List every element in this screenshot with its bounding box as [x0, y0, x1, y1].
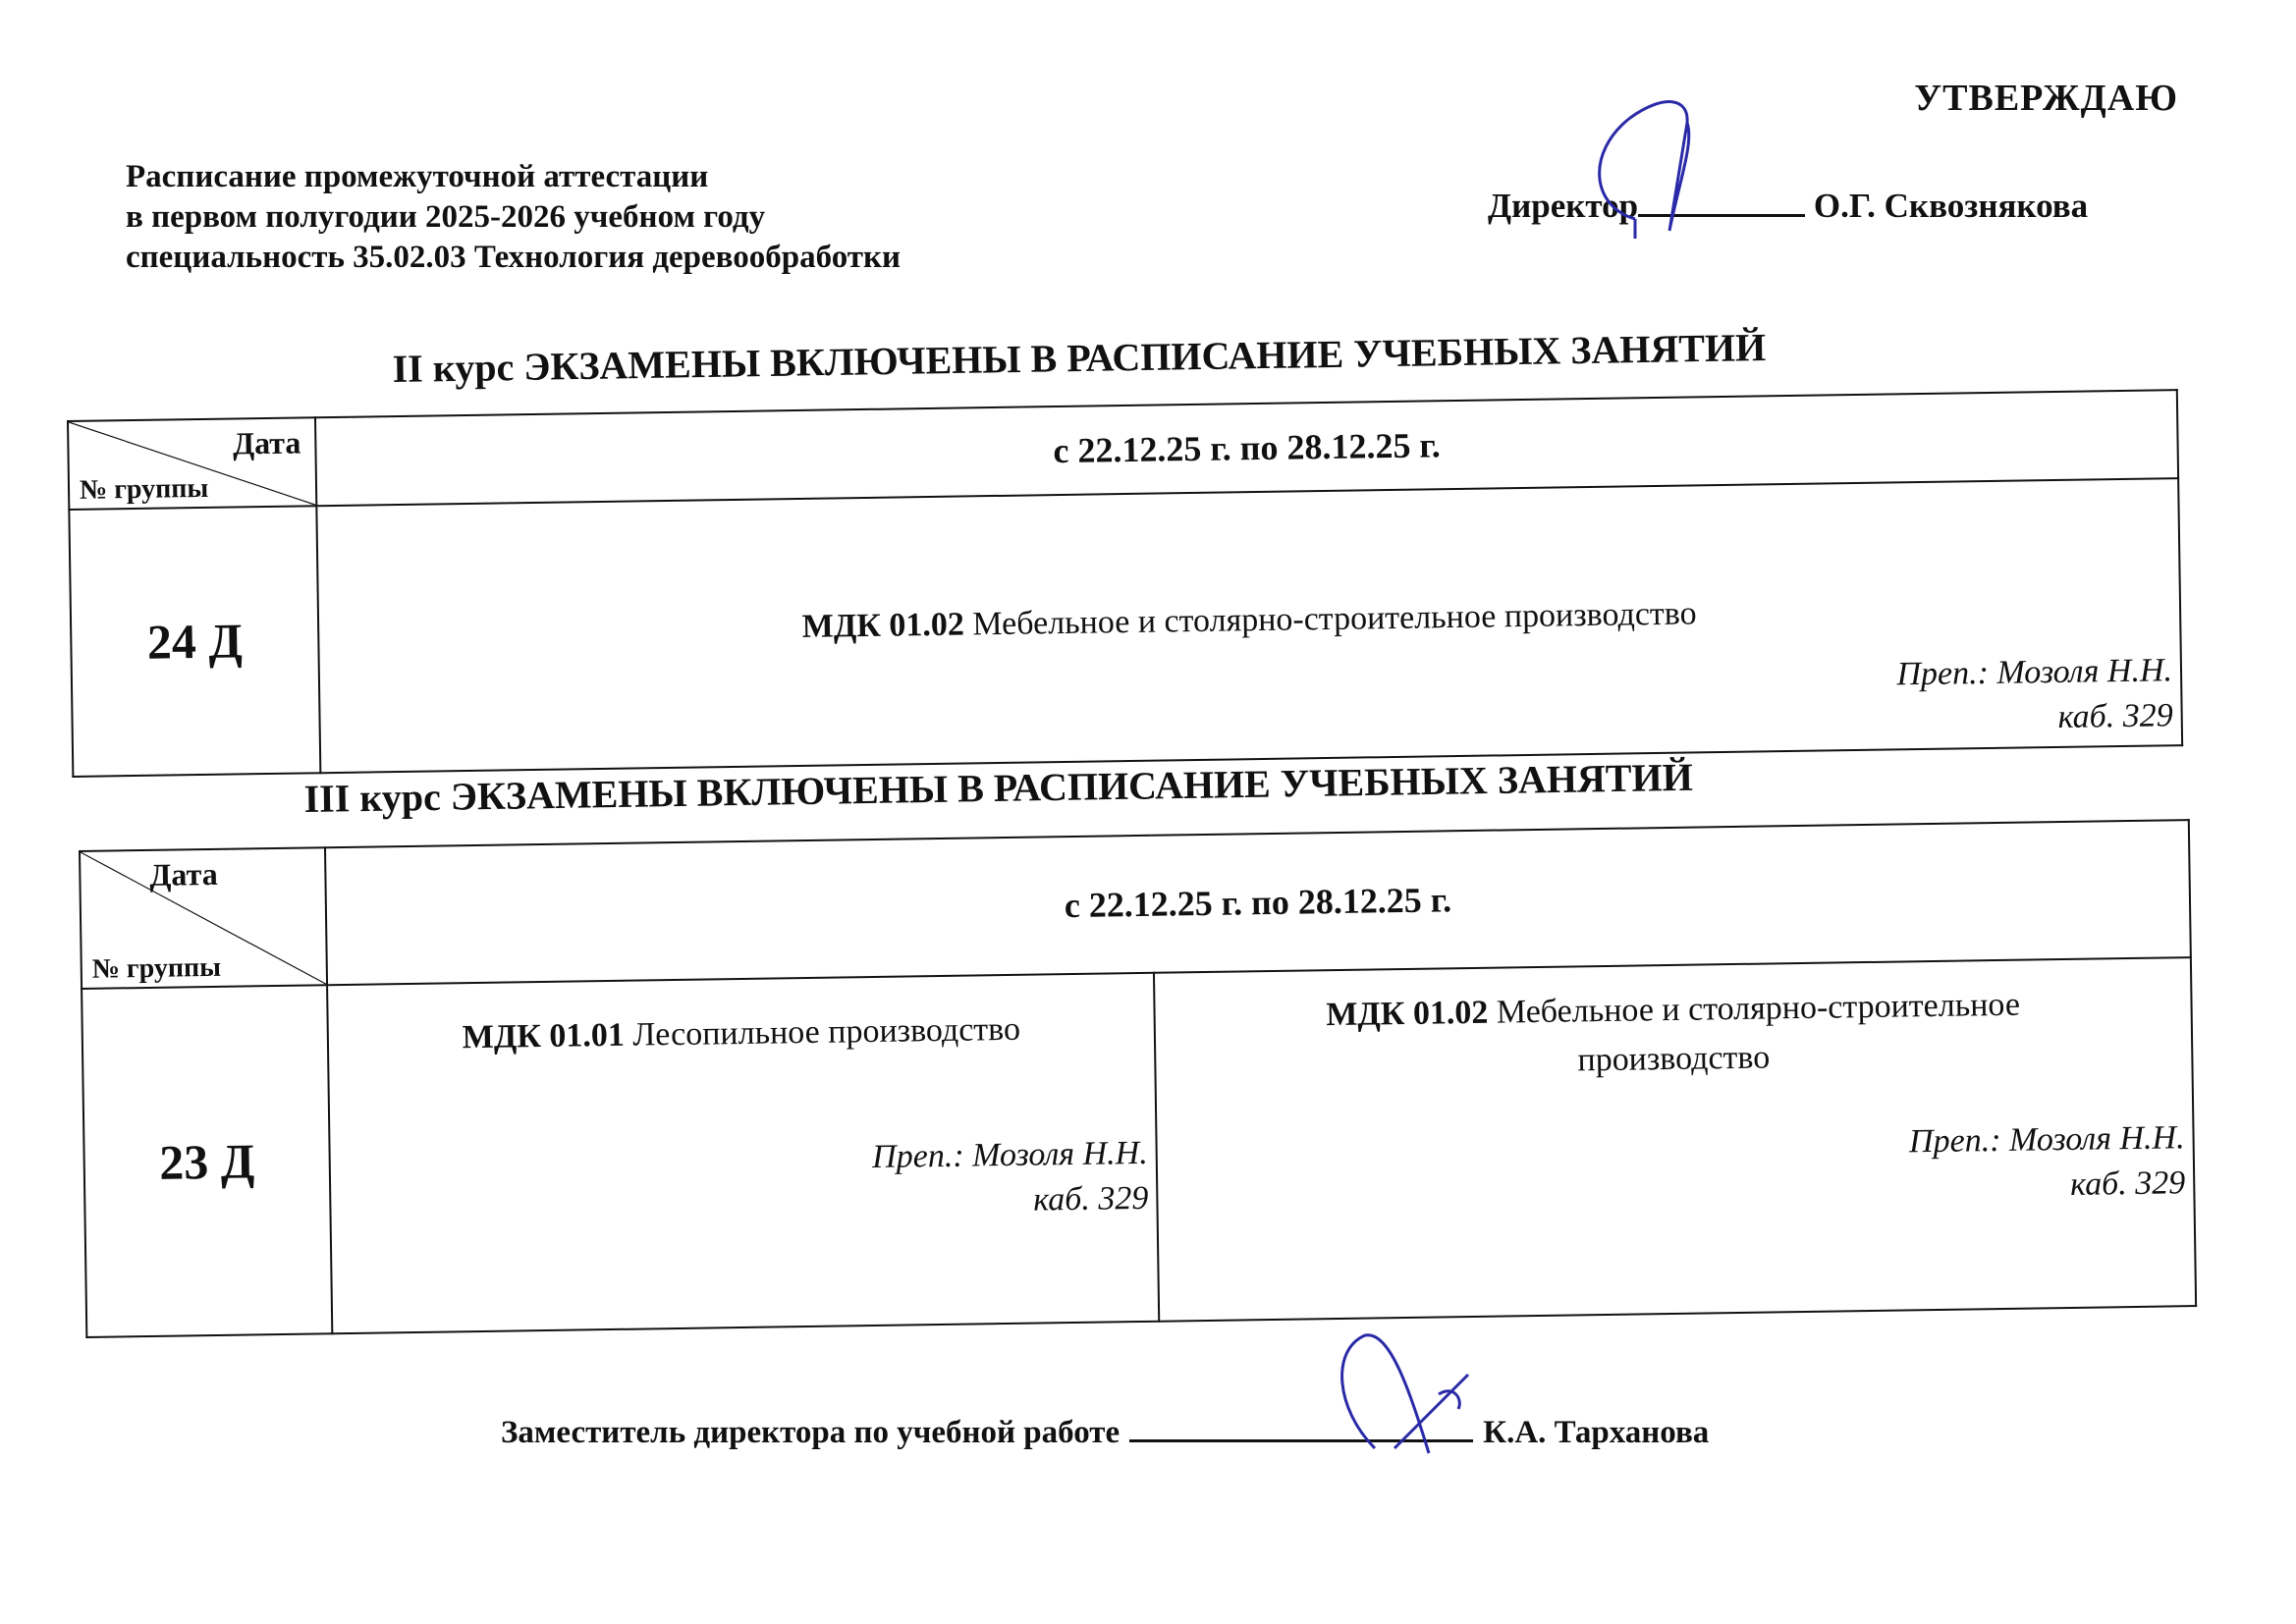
approval-stamp: УТВЕРЖДАЮ: [1914, 77, 2178, 120]
schedule-table-2: Дата № группы с 22.12.25 г. по 28.12.25 …: [67, 389, 2183, 778]
exam-name: Мебельное и столярно-строительное произв…: [972, 595, 1697, 642]
exam-subject: МДК 01.02 Мебельное и столярно-строитель…: [319, 582, 2180, 659]
document-title: Расписание промежуточной аттестации в пе…: [126, 157, 901, 278]
exam-teacher: Преп.: Мозоля Н.Н.: [1896, 648, 2172, 697]
title-line: Расписание промежуточной аттестации: [126, 157, 901, 197]
group-label: № группы: [80, 473, 209, 507]
corner-header: Дата № группы: [80, 847, 327, 989]
exam-cell: МДК 01.01 Лесопильное производство Преп.…: [327, 973, 1159, 1333]
deputy-label: Заместитель директора по учебной работе: [501, 1415, 1120, 1450]
exam-cell: МДК 01.02 Мебельное и столярно-строитель…: [316, 478, 2182, 773]
group-cell: 23 Д: [82, 985, 332, 1337]
exam-subject: МДК 01.02 Мебельное и столярно-строитель…: [1155, 978, 2191, 1092]
exam-code: МДК 01.02: [1326, 995, 1489, 1033]
exam-name: Мебельное и столярно-строительное произв…: [1497, 987, 2021, 1079]
exam-room: каб. 329: [1897, 693, 2173, 742]
group-cell: 24 Д: [69, 506, 320, 777]
schedule-table-3: Дата № группы с 22.12.25 г. по 28.12.25 …: [79, 819, 2197, 1338]
corner-header: Дата № группы: [68, 417, 316, 510]
deputy-signature-icon: [1336, 1330, 1601, 1458]
exam-cell: МДК 01.02 Мебельное и столярно-строитель…: [1154, 957, 2196, 1322]
exam-code: МДК 01.02: [801, 606, 964, 644]
director-name: О.Г. Сквознякова: [1814, 187, 2088, 225]
exam-code: МДК 01.01: [462, 1017, 625, 1056]
period-header: с 22.12.25 г. по 28.12.25 г.: [325, 820, 2191, 985]
title-line: специальность 35.02.03 Технология дерево…: [126, 238, 901, 278]
exam-teacher-block: Преп.: Мозоля Н.Н. каб. 329: [330, 1131, 1156, 1233]
section-title-2: II курс ЭКЗАМЕНЫ ВКЛЮЧЕНЫ В РАСПИСАНИЕ У…: [392, 324, 1766, 392]
exam-name: Лесопильное производство: [632, 1011, 1020, 1054]
group-label: № группы: [92, 952, 222, 986]
exam-teacher-block: Преп.: Мозоля Н.Н. каб. 329: [1157, 1115, 2193, 1221]
director-signature-icon: [1571, 93, 1827, 241]
date-label: Дата: [233, 424, 301, 461]
exam-teacher-block: Преп.: Мозоля Н.Н. каб. 329: [1896, 648, 2173, 742]
date-label: Дата: [149, 856, 218, 893]
title-line: в первом полугодии 2025-2026 учебном год…: [126, 197, 901, 238]
exam-subject: МДК 01.01 Лесопильное производство: [329, 1003, 1155, 1064]
